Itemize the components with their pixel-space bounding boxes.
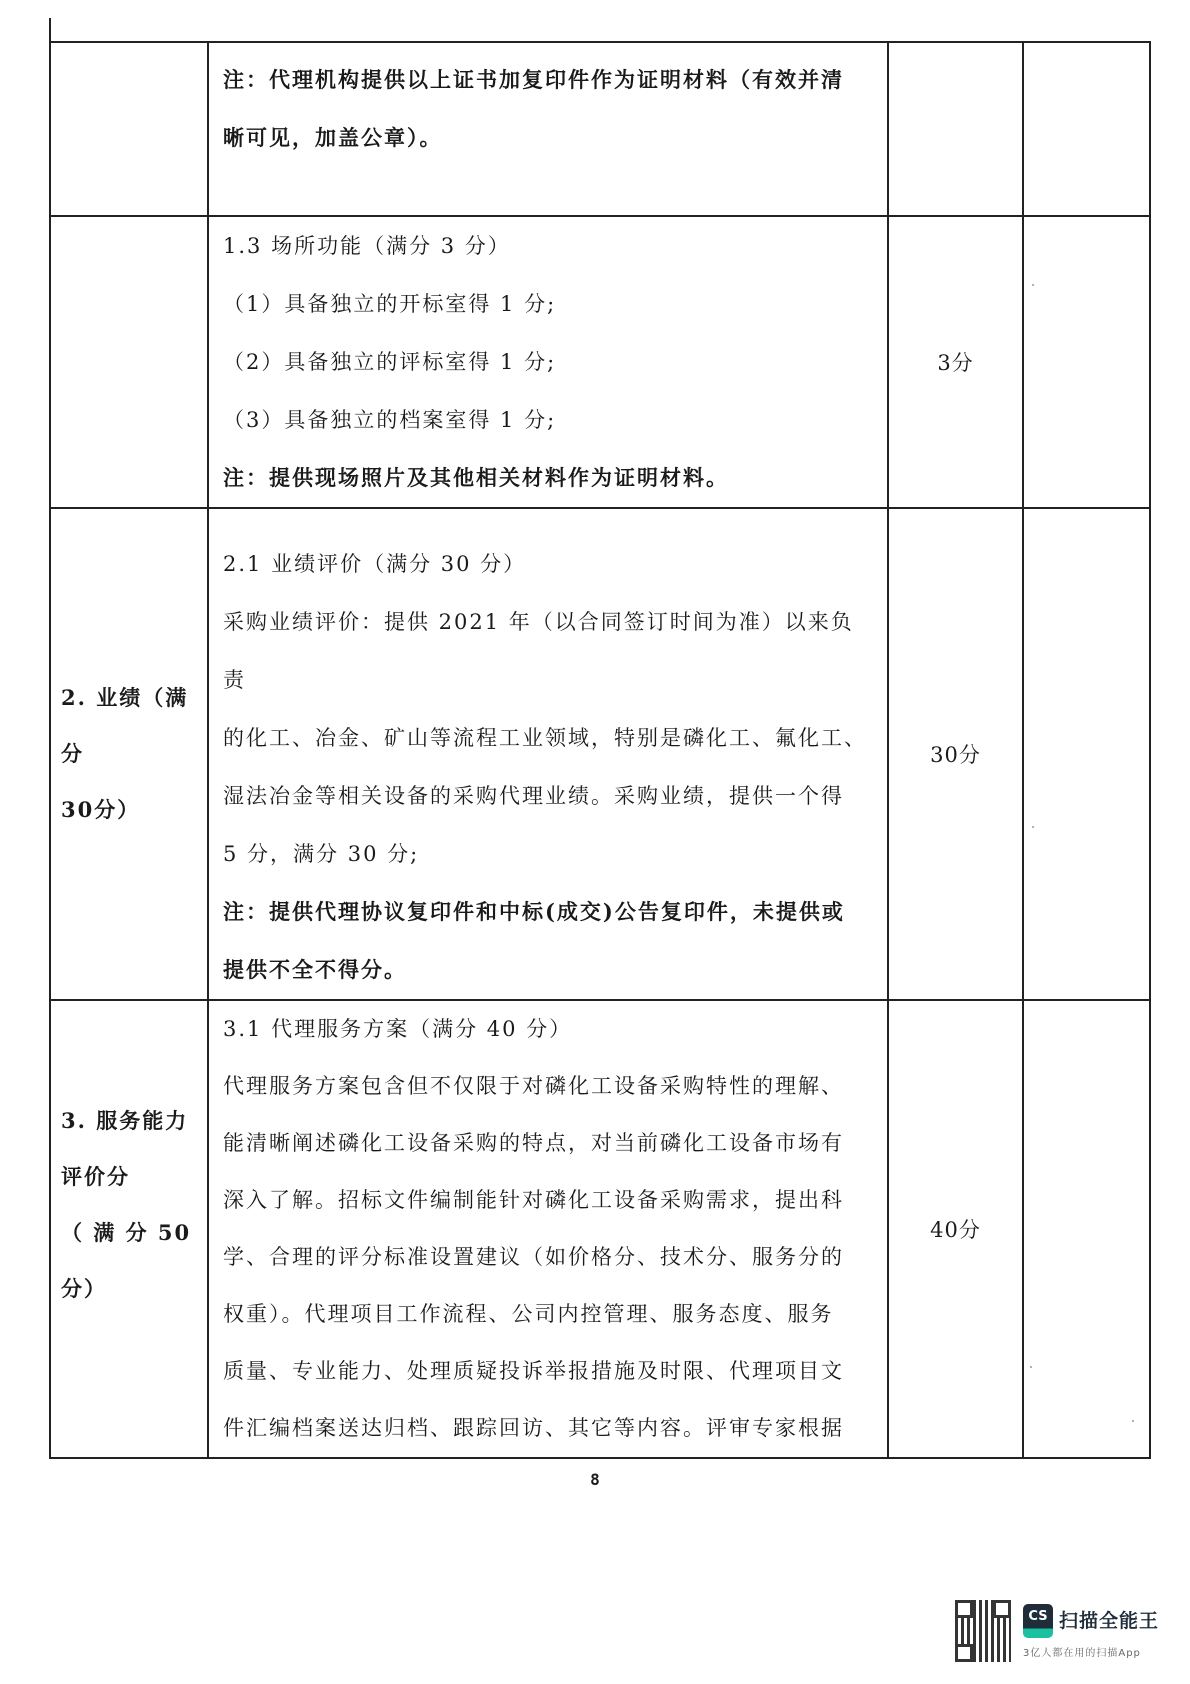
criteria-cell: 3.1 代理服务方案（满分 40 分） 代理服务方案包含但不仅限于对磷化工设备采… bbox=[208, 1000, 888, 1458]
remark-cell bbox=[1023, 508, 1150, 1000]
scoring-table: 注：代理机构提供以上证书加复印件作为证明材料（有效并清 晰可见，加盖公章）。 1… bbox=[49, 41, 1151, 1459]
score-cell: 3分 bbox=[888, 216, 1023, 508]
note-line: 晰可见，加盖公章）。 bbox=[223, 109, 875, 167]
category-label: 30分） bbox=[61, 782, 207, 838]
table-row: 3. 服务能力 评价分 （ 满 分 50 分） 3.1 代理服务方案（满分 40… bbox=[50, 1000, 1150, 1458]
table-continuation-line bbox=[49, 18, 51, 42]
category-label: 3. 服务能力 bbox=[61, 1093, 207, 1149]
category-cell: 2. 业绩（满分 30分） bbox=[50, 508, 208, 1000]
remark-cell bbox=[1023, 42, 1150, 216]
criteria-cell: 1.3 场所功能（满分 3 分） （1）具备独立的开标室得 1 分; （2）具备… bbox=[208, 216, 888, 508]
app-name: 扫描全能王 bbox=[1059, 1606, 1159, 1633]
table-row: 2. 业绩（满分 30分） 2.1 业绩评价（满分 30 分） 采购业绩评价：提… bbox=[50, 508, 1150, 1000]
scanned-page: 注：代理机构提供以上证书加复印件作为证明材料（有效并清 晰可见，加盖公章）。 1… bbox=[0, 0, 1190, 1684]
scanner-watermark: CS 扫描全能王 3亿人都在用的扫描App bbox=[955, 1600, 1175, 1664]
criteria-text: 的化工、冶金、矿山等流程工业领域，特别是磷化工、氟化工、 bbox=[223, 709, 875, 767]
scan-speck bbox=[1032, 284, 1034, 286]
criteria-text: 件汇编档案送达归档、跟踪回访、其它等内容。评审专家根据 bbox=[223, 1400, 875, 1457]
scan-speck bbox=[1030, 1366, 1032, 1368]
criteria-text: 深入了解。招标文件编制能针对磷化工设备采购需求，提出科 bbox=[223, 1172, 875, 1229]
camscanner-logo-icon: CS bbox=[1023, 1604, 1053, 1638]
criteria-item: （2）具备独立的评标室得 1 分; bbox=[223, 333, 875, 391]
criteria-text: 采购业绩评价：提供 2021 年（以合同签订时间为准）以来负责 bbox=[223, 593, 875, 709]
scan-speck bbox=[1132, 1420, 1134, 1422]
table-row: 注：代理机构提供以上证书加复印件作为证明材料（有效并清 晰可见，加盖公章）。 bbox=[50, 42, 1150, 216]
criteria-text: 学、合理的评分标准设置建议（如价格分、技术分、服务分的 bbox=[223, 1229, 875, 1286]
note-line: 注：代理机构提供以上证书加复印件作为证明材料（有效并清 bbox=[223, 51, 875, 109]
category-cell: 3. 服务能力 评价分 （ 满 分 50 分） bbox=[50, 1000, 208, 1458]
criteria-text: 代理服务方案包含但不仅限于对磷化工设备采购特性的理解、 bbox=[223, 1058, 875, 1115]
criteria-cell: 注：代理机构提供以上证书加复印件作为证明材料（有效并清 晰可见，加盖公章）。 bbox=[208, 42, 888, 216]
note-line: 提供不全不得分。 bbox=[223, 941, 875, 999]
criteria-text: 湿法冶金等相关设备的采购代理业绩。采购业绩，提供一个得 bbox=[223, 767, 875, 825]
note-line: 注：提供现场照片及其他相关材料作为证明材料。 bbox=[223, 449, 875, 507]
score-cell: 30分 bbox=[888, 508, 1023, 1000]
app-slogan: 3亿人都在用的扫描App bbox=[1023, 1644, 1141, 1659]
table-row: 1.3 场所功能（满分 3 分） （1）具备独立的开标室得 1 分; （2）具备… bbox=[50, 216, 1150, 508]
criteria-cell: 2.1 业绩评价（满分 30 分） 采购业绩评价：提供 2021 年（以合同签订… bbox=[208, 508, 888, 1000]
remark-cell bbox=[1023, 216, 1150, 508]
criteria-heading: 1.3 场所功能（满分 3 分） bbox=[223, 217, 875, 275]
score-cell: 40分 bbox=[888, 1000, 1023, 1458]
criteria-heading: 2.1 业绩评价（满分 30 分） bbox=[223, 535, 875, 593]
category-label: 分） bbox=[61, 1261, 207, 1317]
note-line: 注：提供代理协议复印件和中标(成交)公告复印件，未提供或 bbox=[223, 883, 875, 941]
category-label: 评价分 bbox=[61, 1149, 207, 1205]
score-cell bbox=[888, 42, 1023, 216]
page-number: 8 bbox=[0, 1470, 1190, 1489]
category-label: 2. 业绩（满分 bbox=[61, 670, 207, 782]
category-cell bbox=[50, 216, 208, 508]
scan-speck bbox=[1032, 826, 1034, 828]
category-cell bbox=[50, 42, 208, 216]
criteria-text: 质量、专业能力、处理质疑投诉举报措施及时限、代理项目文 bbox=[223, 1343, 875, 1400]
remark-cell bbox=[1023, 1000, 1150, 1458]
qr-code-icon bbox=[955, 1600, 1011, 1662]
criteria-item: （1）具备独立的开标室得 1 分; bbox=[223, 275, 875, 333]
criteria-heading: 3.1 代理服务方案（满分 40 分） bbox=[223, 1001, 875, 1058]
criteria-text: 权重）。代理项目工作流程、公司内控管理、服务态度、服务 bbox=[223, 1286, 875, 1343]
criteria-text: 5 分，满分 30 分; bbox=[223, 825, 875, 883]
criteria-text: 能清晰阐述磷化工设备采购的特点，对当前磷化工设备市场有 bbox=[223, 1115, 875, 1172]
category-label: （ 满 分 50 bbox=[61, 1205, 207, 1261]
criteria-item: （3）具备独立的档案室得 1 分; bbox=[223, 391, 875, 449]
